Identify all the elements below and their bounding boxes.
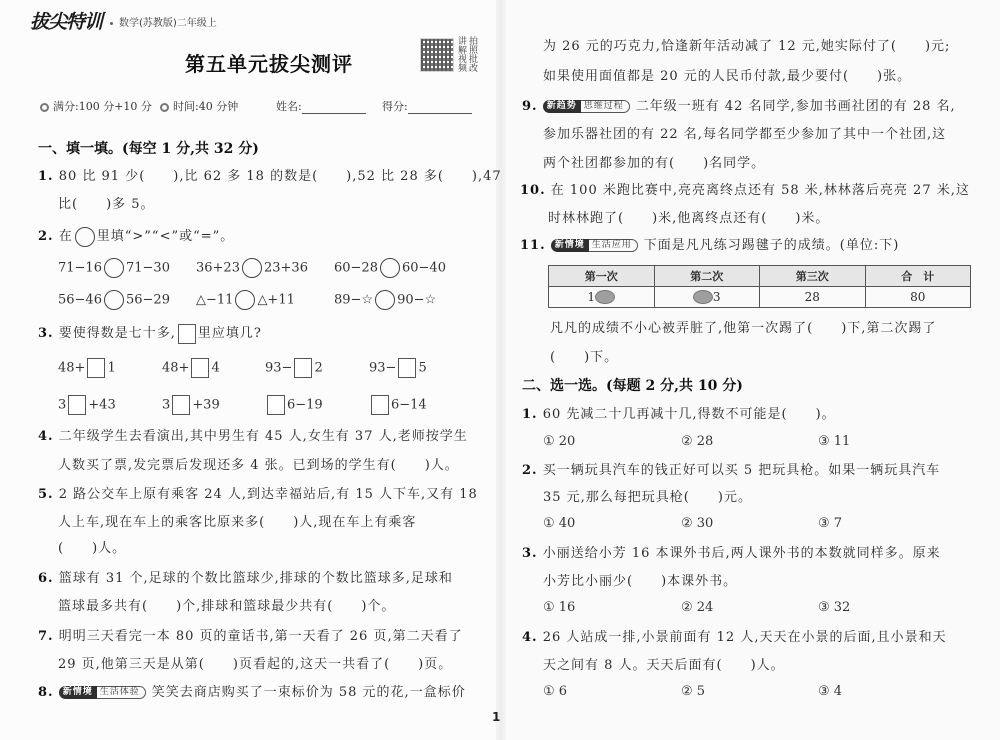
table-cell: 1 [549, 287, 655, 308]
question-text: 里填“>”“<”或“=”。 [97, 229, 235, 244]
expr-post: 4 [211, 361, 219, 376]
question-number: 5. [38, 487, 54, 502]
question-1-5-cont: 人上车,现在车上的乘客比原来多( )人,现在车上有乘客 [58, 512, 416, 534]
cell-value: 3 [713, 290, 721, 304]
expr-pre: 48+ [58, 361, 85, 376]
expr-pre: 93− [369, 361, 396, 376]
name-field[interactable]: 姓名: [276, 98, 366, 114]
question-1-1-cont: 比( )多 5。 [58, 194, 155, 216]
expr-left: △−11 [196, 293, 233, 308]
expr-post: +43 [88, 398, 115, 413]
expr-left: 36+23 [196, 261, 240, 276]
brand-logo: 拔尖特训 [30, 7, 102, 34]
question-2-1: 1. 60 先减二十几再减十几,得数不可能是( )。 [522, 404, 836, 426]
compare-item: 36+2323+36 [196, 258, 308, 278]
time-text: 时间:40 分钟 [173, 100, 238, 113]
fill-item: 48+1 [58, 358, 116, 378]
table-header: 合 计 [865, 266, 971, 287]
question-text: 要使得数是七十多, [59, 326, 176, 341]
question-1-11-cont: 凡凡的成绩不小心被弄脏了,他第一次踢了( )下,第二次踢了 [550, 318, 936, 340]
question-2-2: 2. 买一辆玩具汽车的钱正好可以买 5 把玩具枪。如果一辆玩具汽车 [522, 460, 940, 482]
question-text: 小丽送给小芳 16 本课外书后,两人课外书的本数就同样多。原来 [543, 546, 941, 561]
digit-box[interactable] [267, 395, 285, 415]
fill-item: 6−14 [369, 395, 427, 415]
qr-label-video: 讲解视频 [458, 38, 467, 74]
expr-left: 71−16 [58, 261, 102, 276]
score-field[interactable]: 得分: [382, 98, 472, 114]
thinking-process-badge: 思维过程 [581, 100, 630, 113]
question-text: 80 比 91 少( ),比 62 多 18 的数是( ),52 比 28 多(… [59, 169, 502, 184]
question-1-9-cont: 参加乐器社团的有 22 名,每名同学都至少参加了其中一个社团,这 [543, 124, 946, 146]
section-2-heading: 二、选一选。(每题 2 分,共 10 分) [522, 375, 743, 395]
digit-box[interactable] [371, 395, 389, 415]
full-score-text: 满分:100 分+10 分 [53, 100, 152, 113]
name-label: 姓名: [276, 100, 302, 113]
question-2-4: 4. 26 人站成一排,小景前面有 12 人,天天在小景的后面,且小景和天 [522, 627, 947, 649]
question-2-2-cont: 35 元,那么每把玩具枪( )元。 [543, 487, 752, 509]
compare-item: 56−4656−29 [58, 290, 170, 310]
question-1-9-cont2: 两个社团都参加的有( )名同学。 [543, 153, 765, 175]
score-blank[interactable] [408, 102, 472, 114]
fill-item: 3+43 [58, 395, 116, 415]
question-number: 1. [38, 169, 54, 184]
digit-box[interactable] [191, 358, 209, 378]
question-text: 二年级学生去看演出,其中男生有 45 人,女生有 37 人,老师按学生 [59, 429, 468, 444]
question-number: 4. [38, 429, 54, 444]
table-header: 第二次 [654, 266, 760, 287]
question-1-4-cont: 人数买了票,发完票后发现还多 4 张。已到场的学生有( )人。 [58, 455, 459, 477]
expr-post: 6−19 [287, 398, 323, 413]
ring-bullet-icon [40, 103, 49, 112]
question-1-9: 9. 新趋势思维过程二年级一班有 42 名同学,参加书画社团的有 28 名, [522, 96, 956, 118]
expr-post: 2 [314, 361, 322, 376]
option-1[interactable]: ① 16 [543, 600, 575, 615]
table-header-row: 第一次 第二次 第三次 合 计 [549, 266, 971, 287]
option-1[interactable]: ① 40 [543, 516, 575, 531]
question-text: 买一辆玩具汽车的钱正好可以买 5 把玩具枪。如果一辆玩具汽车 [543, 463, 941, 478]
cell-value: 1 [587, 290, 595, 304]
question-1-8: 8. 新情境生活体验笑笑去商店购买了一束标价为 58 元的花,一盒标价 [38, 682, 466, 704]
question-1-8-cont2: 如果使用面值都是 20 元的人民币付款,最少要付( )张。 [543, 66, 911, 88]
book-subtitle: 数学(苏教版)二年级上 [110, 14, 217, 29]
question-1-8-cont: 为 26 元的巧克力,恰逢新年活动减了 12 元,她实际付了( )元; [543, 36, 950, 58]
expr-post: 5 [418, 361, 426, 376]
question-1-5: 5. 2 路公交车上原有乘客 24 人,到达幸福站后,有 15 人下车,又有 1… [38, 484, 478, 506]
digit-box[interactable] [87, 358, 105, 378]
question-number: 1. [522, 407, 538, 422]
option-1[interactable]: ① 20 [543, 434, 575, 449]
question-number: 7. [38, 629, 54, 644]
new-scenario-badge: 新情境 [551, 239, 589, 252]
question-1-6-cont: 篮球最多共有( )个,排球和篮球最少共有( )个。 [58, 596, 395, 618]
question-1-5-cont2: ( )人。 [58, 538, 126, 560]
question-1-6: 6. 篮球有 31 个,足球的个数比篮球少,排球的个数比篮球多,足球和 [38, 568, 453, 590]
fill-item: 3+39 [162, 395, 220, 415]
expr-right: △+11 [257, 293, 294, 308]
question-number: 6. [38, 571, 54, 586]
fill-item: 93−5 [369, 358, 427, 378]
option-2[interactable]: ② 24 [681, 600, 713, 615]
compare-circle[interactable] [104, 258, 124, 278]
page-number: 1 [492, 710, 500, 724]
compare-item: △−11△+11 [196, 290, 295, 310]
expr-left: 60−28 [334, 261, 378, 276]
new-scenario-badge: 新情境 [59, 686, 97, 699]
digit-box[interactable] [294, 358, 312, 378]
digit-box[interactable] [68, 395, 86, 415]
compare-circle[interactable] [380, 258, 400, 278]
table-cell: 3 [654, 287, 760, 308]
section-1-heading: 一、填一填。(每空 1 分,共 32 分) [38, 138, 259, 158]
question-text: 26 人站成一排,小景前面有 12 人,天天在小景的后面,且小景和天 [543, 630, 947, 645]
subtitle-text: 数学(苏教版)二年级上 [119, 18, 217, 29]
question-text: 里应填几? [198, 326, 262, 341]
book-gutter [496, 0, 506, 740]
question-number: 2. [38, 229, 54, 244]
option-3[interactable]: ③ 11 [818, 434, 850, 449]
question-text: 2 路公交车上原有乘客 24 人,到达幸福站后,有 15 人下车,又有 18 [59, 487, 478, 502]
compare-circle[interactable] [104, 290, 124, 310]
fill-item: 6−19 [265, 395, 323, 415]
question-number: 9. [522, 99, 538, 114]
expr-left: 56−46 [58, 293, 102, 308]
life-experience-badge: 生活体验 [97, 686, 146, 699]
time-info: 时间:40 分钟 [160, 98, 238, 114]
ink-smudge-icon [595, 290, 615, 304]
expr-right: 23+36 [264, 261, 308, 276]
digit-box[interactable] [172, 395, 190, 415]
expr-right: 60−40 [402, 261, 446, 276]
score-label: 得分: [382, 100, 408, 113]
page-title: 第五单元拔尖测评 [185, 48, 353, 77]
bullet-icon [110, 22, 113, 25]
question-2-3: 3. 小丽送给小芳 16 本课外书后,两人课外书的本数就同样多。原来 [522, 543, 941, 565]
full-score-info: 满分:100 分+10 分 [40, 98, 152, 114]
option-2[interactable]: ② 30 [681, 516, 713, 531]
question-number: 10. [520, 183, 546, 198]
life-application-badge: 生活应用 [589, 239, 638, 252]
option-2[interactable]: ② 28 [681, 434, 713, 449]
option-3[interactable]: ③ 7 [818, 516, 842, 531]
table-header: 第三次 [760, 266, 866, 287]
question-2-4-cont: 天之间有 8 人。天天后面有( )人。 [543, 655, 785, 677]
question-1-11-cont2: ( )下。 [550, 347, 618, 369]
question-number: 8. [38, 685, 54, 700]
new-trend-badge: 新趋势 [543, 100, 581, 113]
table-cell: 80 [865, 287, 971, 308]
option-1[interactable]: ① 6 [543, 684, 567, 699]
question-number: 4. [522, 630, 538, 645]
shuttlecock-score-table: 第一次 第二次 第三次 合 计 1 3 28 80 [548, 265, 971, 308]
question-1-10-cont: 时林林跑了( )米,他离终点还有( )米。 [548, 208, 829, 230]
question-1-2: 2. 在里填“>”“<”或“=”。 [38, 226, 234, 248]
question-text: 二年级一班有 42 名同学,参加书画社团的有 28 名, [636, 99, 956, 114]
expr-pre: 48+ [162, 361, 189, 376]
question-text: 60 先减二十几再减十几,得数不可能是( )。 [543, 407, 836, 422]
compare-circle[interactable] [242, 258, 262, 278]
question-2-3-cont: 小芳比小丽少( )本课外书。 [543, 571, 737, 593]
expr-pre: 93− [265, 361, 292, 376]
qr-code-icon[interactable] [420, 38, 454, 72]
question-text: 明明三天看完一本 80 页的童话书,第一天看了 26 页,第二天看了 [59, 629, 463, 644]
expr-post: 1 [107, 361, 115, 376]
option-3[interactable]: ③ 32 [818, 600, 850, 615]
table-row: 1 3 28 80 [549, 287, 971, 308]
expr-left: 89−☆ [334, 293, 373, 308]
option-3[interactable]: ③ 4 [818, 684, 842, 699]
question-number: 2. [522, 463, 538, 478]
question-number: 3. [38, 326, 54, 341]
expr-right: 56−29 [126, 293, 170, 308]
circle-blank-icon [75, 227, 95, 247]
expr-pre: 3 [162, 398, 170, 413]
question-1-7: 7. 明明三天看完一本 80 页的童话书,第一天看了 26 页,第二天看了 [38, 626, 463, 648]
table-cell: 28 [760, 287, 866, 308]
question-1-1: 1. 80 比 91 少( ),比 62 多 18 的数是( ),52 比 28… [38, 166, 502, 188]
ink-smudge-icon [693, 290, 713, 304]
compare-item: 89−☆90−☆ [334, 290, 436, 310]
question-1-10: 10. 在 100 米跑比赛中,亮亮离终点还有 58 米,林林落后亮亮 27 米… [520, 180, 970, 202]
name-blank[interactable] [302, 102, 366, 114]
fill-item: 93−2 [265, 358, 323, 378]
compare-circle[interactable] [375, 290, 395, 310]
question-1-4: 4. 二年级学生去看演出,其中男生有 45 人,女生有 37 人,老师按学生 [38, 426, 468, 448]
digit-box[interactable] [398, 358, 416, 378]
option-2[interactable]: ② 5 [681, 684, 705, 699]
fill-item: 48+4 [162, 358, 220, 378]
ring-bullet-icon [160, 103, 169, 112]
compare-circle[interactable] [235, 290, 255, 310]
expr-right: 90−☆ [397, 293, 436, 308]
question-text: 在 [59, 229, 73, 244]
square-blank-icon [178, 324, 196, 344]
compare-item: 60−2860−40 [334, 258, 446, 278]
question-1-11: 11. 新情境生活应用下面是凡凡练习踢毽子的成绩。(单位:下) [520, 235, 899, 257]
expr-right: 71−30 [126, 261, 170, 276]
question-text: 笑笑去商店购买了一束标价为 58 元的花,一盒标价 [152, 685, 466, 700]
expr-pre: 3 [58, 398, 66, 413]
expr-post: 6−14 [391, 398, 427, 413]
question-number: 11. [520, 238, 546, 253]
question-1-7-cont: 29 页,他第三天是从第( )页看起的,这天一共看了( )页。 [58, 654, 452, 676]
question-text: 在 100 米跑比赛中,亮亮离终点还有 58 米,林林落后亮亮 27 米,这 [551, 183, 970, 198]
question-number: 3. [522, 546, 538, 561]
question-1-3: 3. 要使得数是七十多,里应填几? [38, 323, 262, 345]
question-text: 篮球有 31 个,足球的个数比篮球少,排球的个数比篮球多,足球和 [59, 571, 453, 586]
question-text: 下面是凡凡练习踢毽子的成绩。(单位:下) [644, 238, 900, 253]
expr-post: +39 [192, 398, 219, 413]
qr-label-grading: 拍照批改 [469, 38, 478, 74]
compare-item: 71−1671−30 [58, 258, 170, 278]
table-header: 第一次 [549, 266, 655, 287]
